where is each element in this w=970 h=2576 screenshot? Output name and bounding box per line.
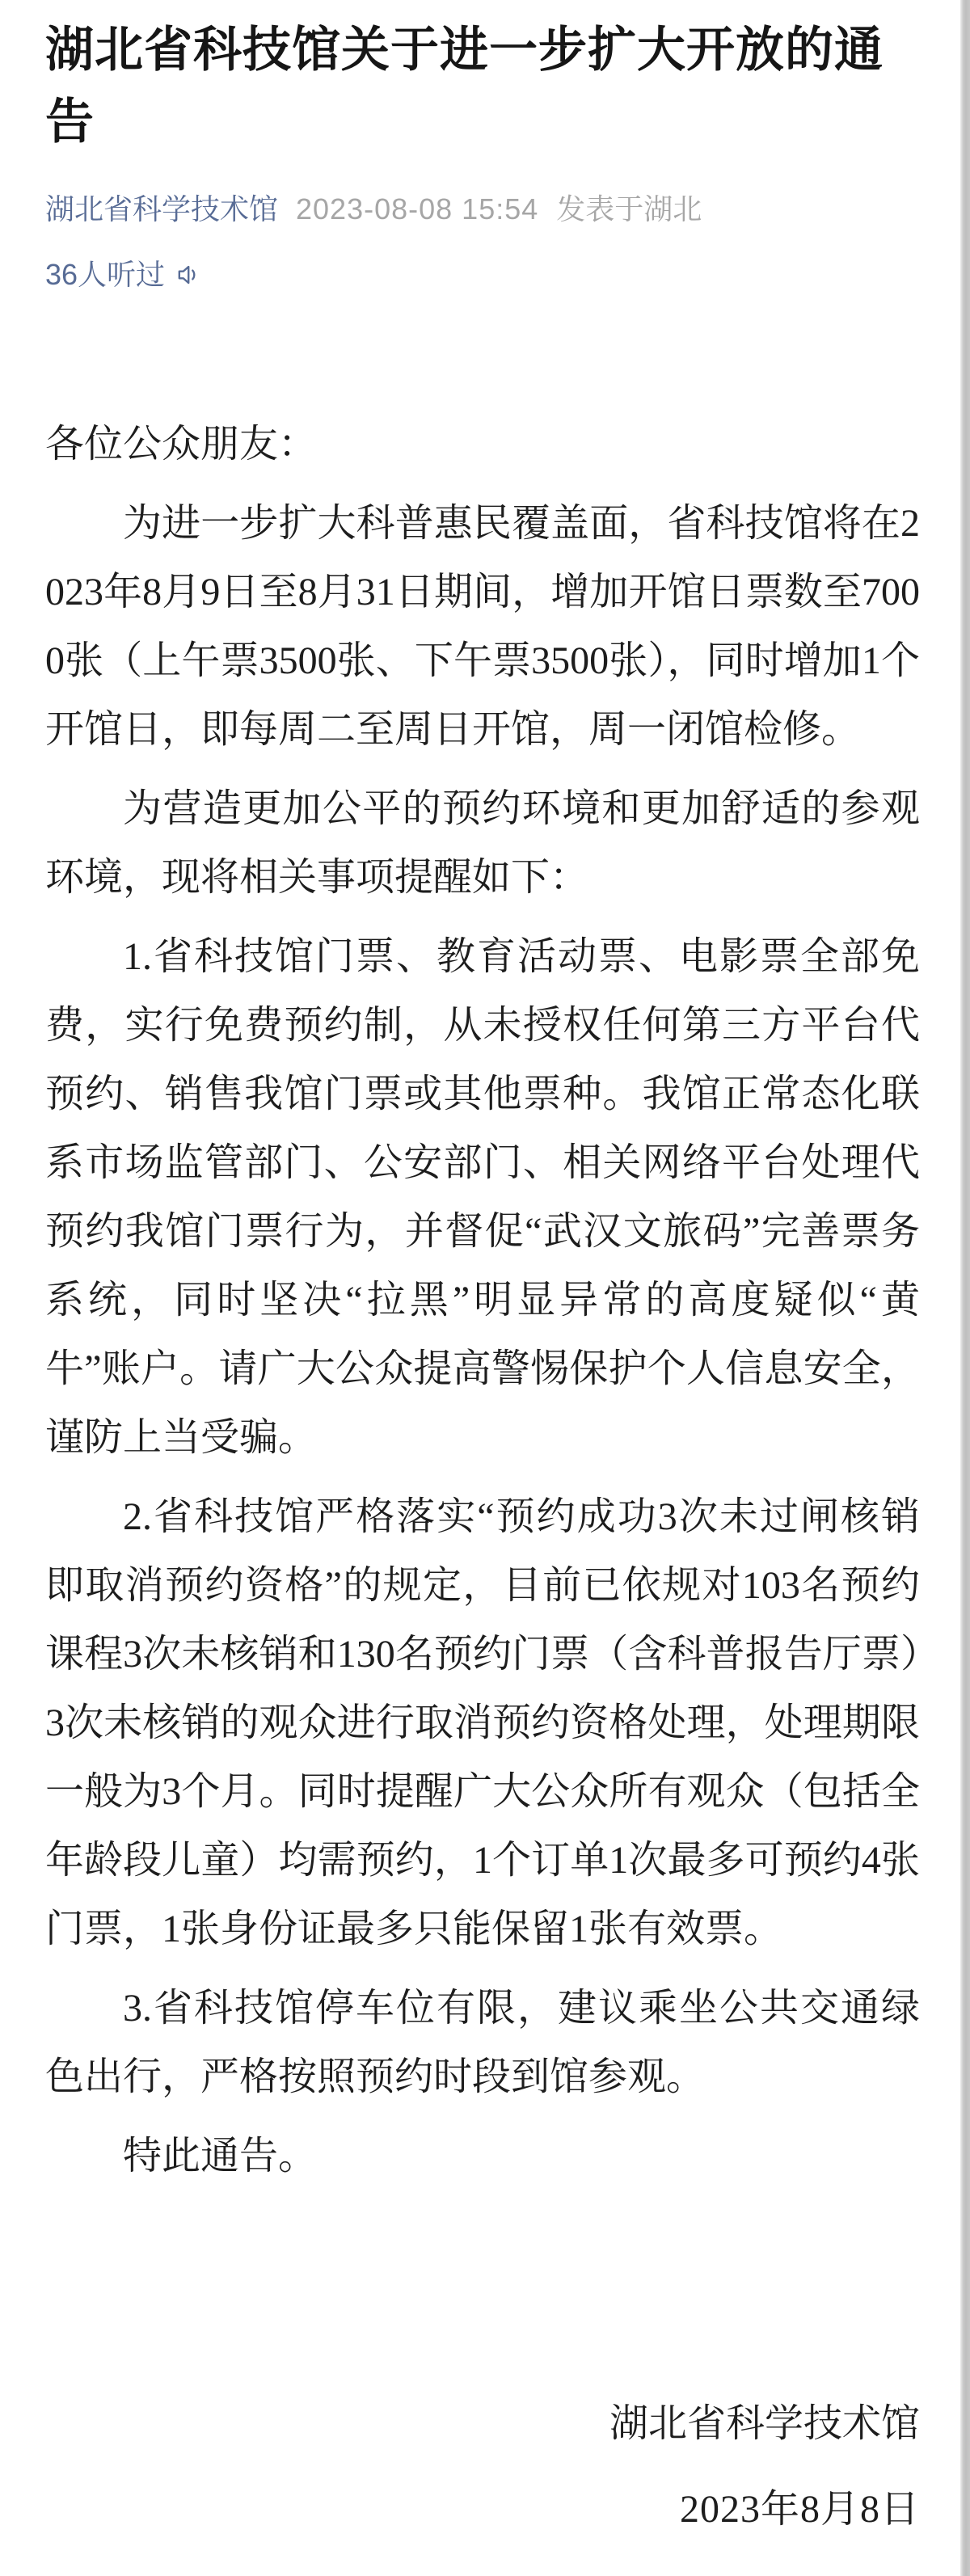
listen-row[interactable]: 36人听过 <box>45 255 920 294</box>
paragraph-reminder-lead: 为营造更加公平的预约环境和更加舒适的参观环境，现将相关事项提醒如下： <box>45 774 920 912</box>
article-page: { "article": { "title": "湖北省科技馆关于进一步扩大开放… <box>0 0 970 2576</box>
page-title: 湖北省科技馆关于进一步扩大开放的通告 <box>45 15 920 158</box>
signature-date: 2023年8月8日 <box>45 2485 920 2535</box>
salutation: 各位公众朋友： <box>45 410 920 479</box>
listen-count: 36人听过 <box>45 255 165 294</box>
paragraph-intro: 为进一步扩大科普惠民覆盖面，省科技馆将在2023年8月9日至8月31日期间，增加… <box>45 489 920 764</box>
publish-time: 2023-08-08 15:54 <box>296 192 538 226</box>
paragraph-item-3: 3.省科技馆停车位有限，建议乘坐公共交通绿色出行，严格按照预约时段到馆参观。 <box>45 1974 920 2111</box>
paragraph-item-2: 2.省科技馆严格落实“预约成功3次未过闸核销即取消预约资格”的规定，目前已依规对… <box>45 1482 920 1963</box>
signature-block: 湖北省科学技术馆 2023年8月8日 <box>45 2399 920 2535</box>
page-edge-scrollbar[interactable] <box>960 0 970 2576</box>
closing-statement: 特此通告。 <box>45 2122 920 2190</box>
paragraph-item-1: 1.省科技馆门票、教育活动票、电影票全部免费，实行免费预约制，从未授权任何第三方… <box>45 922 920 1472</box>
meta-line-publish: 湖北省科学技术馆2023-08-08 15:54发表于湖北 <box>45 191 920 228</box>
article-content: 湖北省科技馆关于进一步扩大开放的通告 湖北省科学技术馆2023-08-08 15… <box>0 0 970 2559</box>
speaker-icon[interactable] <box>171 259 202 290</box>
publish-location: 发表于湖北 <box>556 192 702 226</box>
article-meta: 湖北省科学技术馆2023-08-08 15:54发表于湖北 36人听过 <box>45 191 920 294</box>
signature-name: 湖北省科学技术馆 <box>45 2399 920 2449</box>
article-body: 各位公众朋友： 为进一步扩大科普惠民覆盖面，省科技馆将在2023年8月9日至8月… <box>45 410 920 2190</box>
account-name-link[interactable]: 湖北省科学技术馆 <box>45 192 278 226</box>
